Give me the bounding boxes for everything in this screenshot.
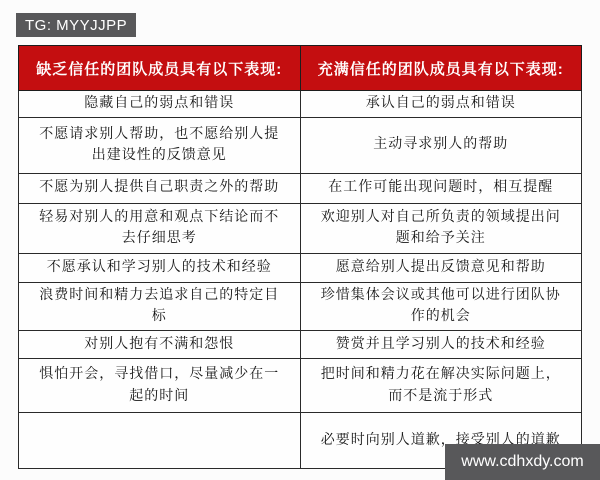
table-cell-lacking: 不愿承认和学习别人的技术和经验: [19, 253, 301, 282]
table-cell-full: 珍惜集体会议或其他可以进行团队协作的机会: [300, 282, 582, 330]
table-cell-full: 承认自己的弱点和错误: [300, 91, 582, 118]
table-cell-lacking: 隐藏自己的弱点和错误: [19, 91, 301, 118]
table-row: 不愿承认和学习别人的技术和经验 愿意给别人提出反馈意见和帮助: [19, 253, 582, 282]
table-cell-lacking: 不愿请求别人帮助，也不愿给别人提出建设性的反馈意见: [19, 117, 301, 173]
table-cell-full: 欢迎别人对自己所负责的领域提出问题和给予关注: [300, 203, 582, 253]
table-row: 轻易对别人的用意和观点下结论而不去仔细思考 欢迎别人对自己所负责的领域提出问题和…: [19, 203, 582, 253]
table-cell-lacking: 浪费时间和精力去追求自己的特定目标: [19, 282, 301, 330]
table-cell-full: 在工作可能出现问题时，相互提醒: [300, 173, 582, 203]
table-cell-lacking: 对别人抱有不满和怨恨: [19, 331, 301, 359]
table-cell-lacking: 轻易对别人的用意和观点下结论而不去仔细思考: [19, 203, 301, 253]
header-lacking-trust: 缺乏信任的团队成员具有以下表现:: [19, 46, 301, 91]
website-watermark-badge: www.cdhxdy.com: [445, 444, 600, 480]
table-row: 不愿请求别人帮助，也不愿给别人提出建设性的反馈意见 主动寻求别人的帮助: [19, 117, 582, 173]
table-cell-lacking: 不愿为别人提供自己职责之外的帮助: [19, 173, 301, 203]
table-cell-full: 赞赏并且学习别人的技术和经验: [300, 331, 582, 359]
table-row: 对别人抱有不满和怨恨 赞赏并且学习别人的技术和经验: [19, 331, 582, 359]
table-cell-lacking-empty: [19, 413, 301, 469]
tg-handle-badge: TG: MYYJJPP: [16, 13, 136, 37]
table-cell-lacking: 惧怕开会，寻找借口，尽量减少在一起的时间: [19, 359, 301, 413]
table-row: 浪费时间和精力去追求自己的特定目标 珍惜集体会议或其他可以进行团队协作的机会: [19, 282, 582, 330]
page: TG: MYYJJPP 缺乏信任的团队成员具有以下表现: 充满信任的团队成员具有…: [0, 0, 600, 480]
table-row: 不愿为别人提供自己职责之外的帮助 在工作可能出现问题时，相互提醒: [19, 173, 582, 203]
table-header-row: 缺乏信任的团队成员具有以下表现: 充满信任的团队成员具有以下表现:: [19, 46, 582, 91]
table-cell-full: 愿意给别人提出反馈意见和帮助: [300, 253, 582, 282]
table-cell-full: 把时间和精力花在解决实际问题上，而不是流于形式: [300, 359, 582, 413]
table-row: 隐藏自己的弱点和错误 承认自己的弱点和错误: [19, 91, 582, 118]
header-full-trust: 充满信任的团队成员具有以下表现:: [300, 46, 582, 91]
table-cell-full: 主动寻求别人的帮助: [300, 117, 582, 173]
table-row: 惧怕开会，寻找借口，尽量减少在一起的时间 把时间和精力花在解决实际问题上，而不是…: [19, 359, 582, 413]
trust-comparison-table: 缺乏信任的团队成员具有以下表现: 充满信任的团队成员具有以下表现: 隐藏自己的弱…: [18, 45, 582, 469]
